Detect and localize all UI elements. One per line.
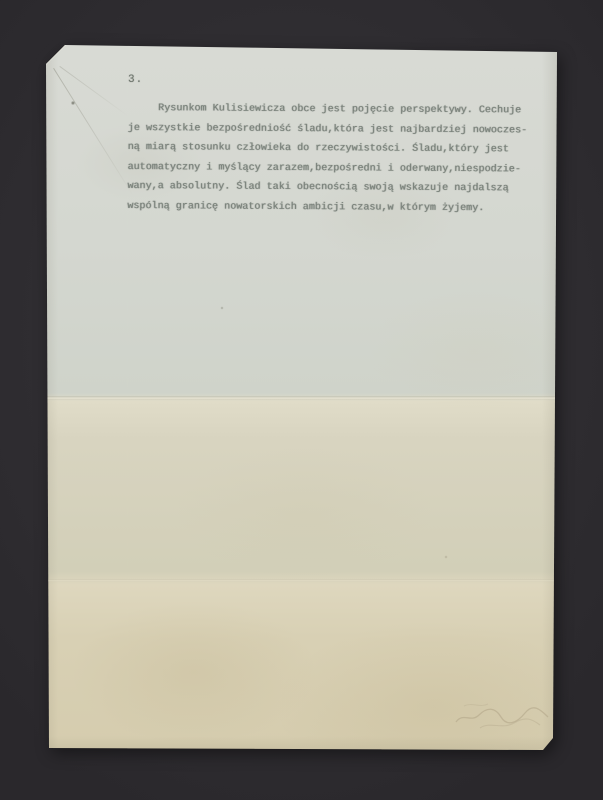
pencil-scribble <box>452 692 557 740</box>
fold-crease-upper <box>44 396 559 400</box>
typed-line: Rysunkom Kulisiewicza obce jest pojęcie … <box>128 99 527 121</box>
fold-crease-lower <box>44 579 559 582</box>
typed-paragraph: Rysunkom Kulisiewicza obce jest pojęcie … <box>127 99 527 218</box>
photo-background: 3. Rysunkom Kulisiewicza obce jest pojęc… <box>0 0 603 800</box>
typed-line: wspólną granicę nowatorskich ambicji cza… <box>127 196 526 218</box>
clipped-corner-highlight <box>45 43 66 64</box>
typed-line: automatyczny i myślący zarazem,bezpośred… <box>128 157 527 179</box>
corner-crease <box>53 68 133 196</box>
corner-crease <box>59 66 128 117</box>
typewritten-page: 3. Rysunkom Kulisiewicza obce jest pojęc… <box>44 42 559 752</box>
typed-line: je wszystkie bezpośredniość śladu,która … <box>128 118 527 140</box>
paper-sheet: 3. Rysunkom Kulisiewicza obce jest pojęc… <box>44 42 559 752</box>
typed-line: wany,a absolutny. Ślad taki obecnością s… <box>127 177 526 199</box>
page-number: 3. <box>128 74 143 86</box>
typed-line: ną miarą stosunku człowieka do rzeczywis… <box>128 138 527 160</box>
